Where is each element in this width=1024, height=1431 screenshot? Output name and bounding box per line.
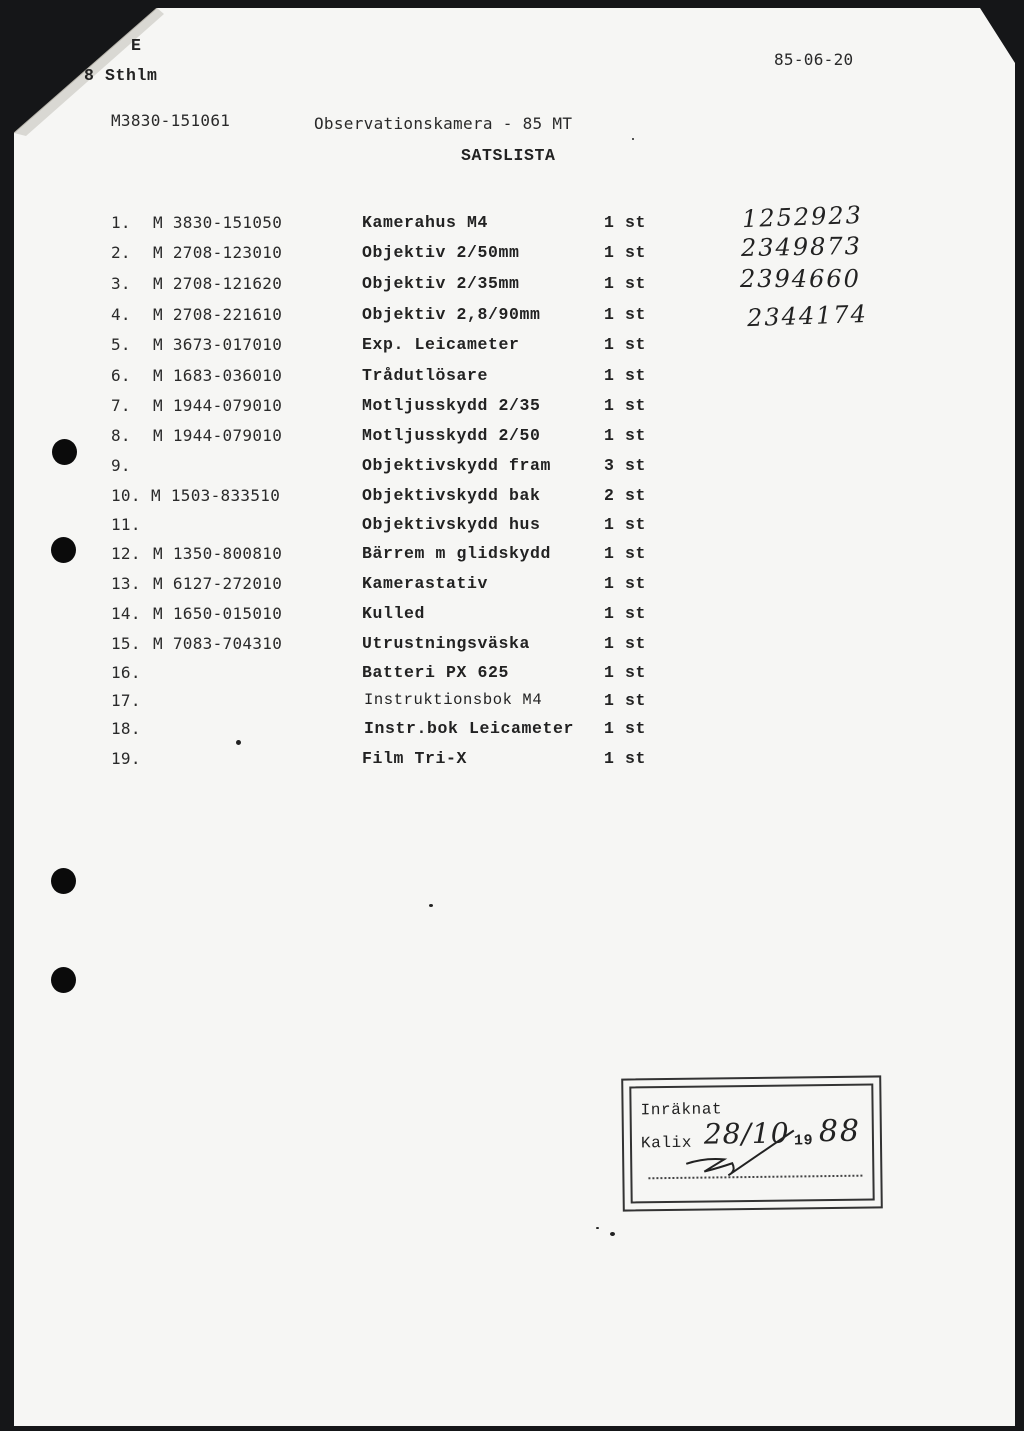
punch-hole <box>51 967 76 993</box>
item-quantity: 1 st <box>604 426 646 445</box>
item-number: 15. <box>111 634 141 653</box>
item-number: 12. <box>111 544 141 563</box>
item-description: Motljusskydd 2/50 <box>362 426 541 445</box>
list-item: 9. Objektivskydd fram 3 st <box>0 456 1024 486</box>
item-number: 13. <box>111 574 141 593</box>
item-number: 7. <box>111 396 131 415</box>
item-number: 8. <box>111 426 131 445</box>
item-number: 16. <box>111 663 141 682</box>
item-quantity: 1 st <box>604 604 646 623</box>
list-item: 6. M 1683-036010 Trådutlösare 1 st <box>0 366 1024 396</box>
item-number: 6. <box>111 366 131 385</box>
ink-speck <box>632 138 634 140</box>
item-quantity: 1 st <box>604 574 646 593</box>
item-description: Objektivskydd fram <box>362 456 551 475</box>
item-number: 2. <box>111 243 131 262</box>
serial-number: 2344174 <box>747 300 869 332</box>
list-item: 4. M 2708-221610 Objektiv 2,8/90mm 1 st <box>0 305 1024 335</box>
item-description: Batteri PX 625 <box>362 663 509 682</box>
page-title: SATSLISTA <box>461 146 556 165</box>
item-number: 5. <box>111 335 131 354</box>
part-number: M 2708-123010 <box>153 243 282 262</box>
item-description: Objektiv 2/50mm <box>362 243 520 262</box>
reference-number: M3830-151061 <box>111 111 230 130</box>
item-quantity: 1 st <box>604 691 646 710</box>
ink-speck <box>429 904 433 907</box>
item-description: Kamerahus M4 <box>362 213 488 232</box>
document-date: 85-06-20 <box>774 50 853 69</box>
item-description: Instruktionsbok M4 <box>364 691 542 709</box>
item-quantity: 1 st <box>604 749 646 768</box>
item-number: 14. <box>111 604 141 623</box>
punch-hole <box>52 439 77 465</box>
ink-speck <box>596 1227 599 1229</box>
item-quantity: 1 st <box>604 335 646 354</box>
list-item: 16. Batteri PX 625 1 st <box>0 663 1024 693</box>
item-description: Objektivskydd hus <box>362 515 541 534</box>
part-number: M 1683-036010 <box>153 366 282 385</box>
list-item: 13. M 6127-272010 Kamerastativ 1 st <box>0 574 1024 604</box>
stamp-year: 88 <box>819 1114 862 1150</box>
list-item: 17. Instruktionsbok M4 1 st <box>0 691 1024 721</box>
item-quantity: 1 st <box>604 213 646 232</box>
list-item: 1. M 3830-151050 Kamerahus M4 1 st <box>0 213 1024 243</box>
item-quantity: 1 st <box>604 719 646 738</box>
item-description: Objektivskydd bak <box>362 486 541 505</box>
item-number: 4. <box>111 305 131 324</box>
item-number: 9. <box>111 456 131 475</box>
serial-number: 2394660 <box>740 265 861 293</box>
item-description: Kamerastativ <box>362 574 488 593</box>
part-number: M 2708-221610 <box>153 305 282 324</box>
item-number: 18. <box>111 719 141 738</box>
item-description: Instr.bok Leicameter <box>364 719 574 738</box>
part-number: M 6127-272010 <box>153 574 282 593</box>
list-item: 15. M 7083-704310 Utrustningsväska 1 st <box>0 634 1024 664</box>
part-number: M 3673-017010 <box>153 335 282 354</box>
list-item: 5. M 3673-017010 Exp. Leicameter 1 st <box>0 335 1024 365</box>
item-quantity: 1 st <box>604 544 646 563</box>
item-quantity: 2 st <box>604 486 646 505</box>
received-stamp: Inräknat Kalix 28/10 19 88 <box>621 1075 883 1211</box>
punch-hole <box>51 868 76 894</box>
part-number: M 1350-800810 <box>153 544 282 563</box>
item-description: Trådutlösare <box>362 366 488 385</box>
item-number: 1. <box>111 213 131 232</box>
list-item: 11. Objektivskydd hus 1 st <box>0 515 1024 545</box>
item-quantity: 1 st <box>604 396 646 415</box>
part-number: M 1503-833510 <box>151 486 280 505</box>
item-number: 19. <box>111 749 141 768</box>
list-item: 10. M 1503-833510 Objektivskydd bak 2 st <box>0 486 1024 516</box>
part-number: M 1944-079010 <box>153 426 282 445</box>
part-number: M 2708-121620 <box>153 274 282 293</box>
list-item: 18. Instr.bok Leicameter 1 st <box>0 719 1024 749</box>
item-quantity: 1 st <box>604 515 646 534</box>
item-description: Objektiv 2,8/90mm <box>362 305 541 324</box>
signature-icon <box>684 1126 805 1177</box>
item-description: Motljusskydd 2/35 <box>362 396 541 415</box>
part-number: M 7083-704310 <box>153 634 282 653</box>
item-description: Exp. Leicameter <box>362 335 520 354</box>
item-number: 10. <box>111 486 141 505</box>
list-item: 14. M 1650-015010 Kulled 1 st <box>0 604 1024 634</box>
item-quantity: 1 st <box>604 243 646 262</box>
list-item: 3. M 2708-121620 Objektiv 2/35mm 1 st <box>0 274 1024 304</box>
item-description: Utrustningsväska <box>362 634 530 653</box>
item-description: Objektiv 2/35mm <box>362 274 520 293</box>
item-quantity: 1 st <box>604 634 646 653</box>
list-item: 2. M 2708-123010 Objektiv 2/50mm 1 st <box>0 243 1024 273</box>
item-number: 3. <box>111 274 131 293</box>
part-number: M 3830-151050 <box>153 213 282 232</box>
serial-number: 2349873 <box>741 232 862 262</box>
item-number: 11. <box>111 515 141 534</box>
list-item: 12. M 1350-800810 Bärrem m glidskydd 1 s… <box>0 544 1024 574</box>
item-quantity: 1 st <box>604 663 646 682</box>
item-quantity: 1 st <box>604 366 646 385</box>
sender-line-1: E <box>131 36 142 55</box>
item-quantity: 1 st <box>604 274 646 293</box>
ink-speck <box>610 1232 615 1236</box>
item-description: Bärrem m glidskydd <box>362 544 551 563</box>
serial-number: 1252923 <box>742 201 864 233</box>
sender-line-2: 8 Sthlm <box>84 66 158 85</box>
ink-speck <box>236 740 241 745</box>
part-number: M 1650-015010 <box>153 604 282 623</box>
punch-hole <box>51 537 76 563</box>
item-number: 17. <box>111 691 141 710</box>
subject-line: Observationskamera - 85 MT <box>314 114 572 133</box>
part-number: M 1944-079010 <box>153 396 282 415</box>
list-item: 19. Film Tri-X 1 st <box>0 749 1024 779</box>
list-item: 7. M 1944-079010 Motljusskydd 2/35 1 st <box>0 396 1024 426</box>
item-quantity: 3 st <box>604 456 646 475</box>
item-description: Film Tri-X <box>362 749 467 768</box>
item-description: Kulled <box>362 604 425 623</box>
list-item: 8. M 1944-079010 Motljusskydd 2/50 1 st <box>0 426 1024 456</box>
item-quantity: 1 st <box>604 305 646 324</box>
